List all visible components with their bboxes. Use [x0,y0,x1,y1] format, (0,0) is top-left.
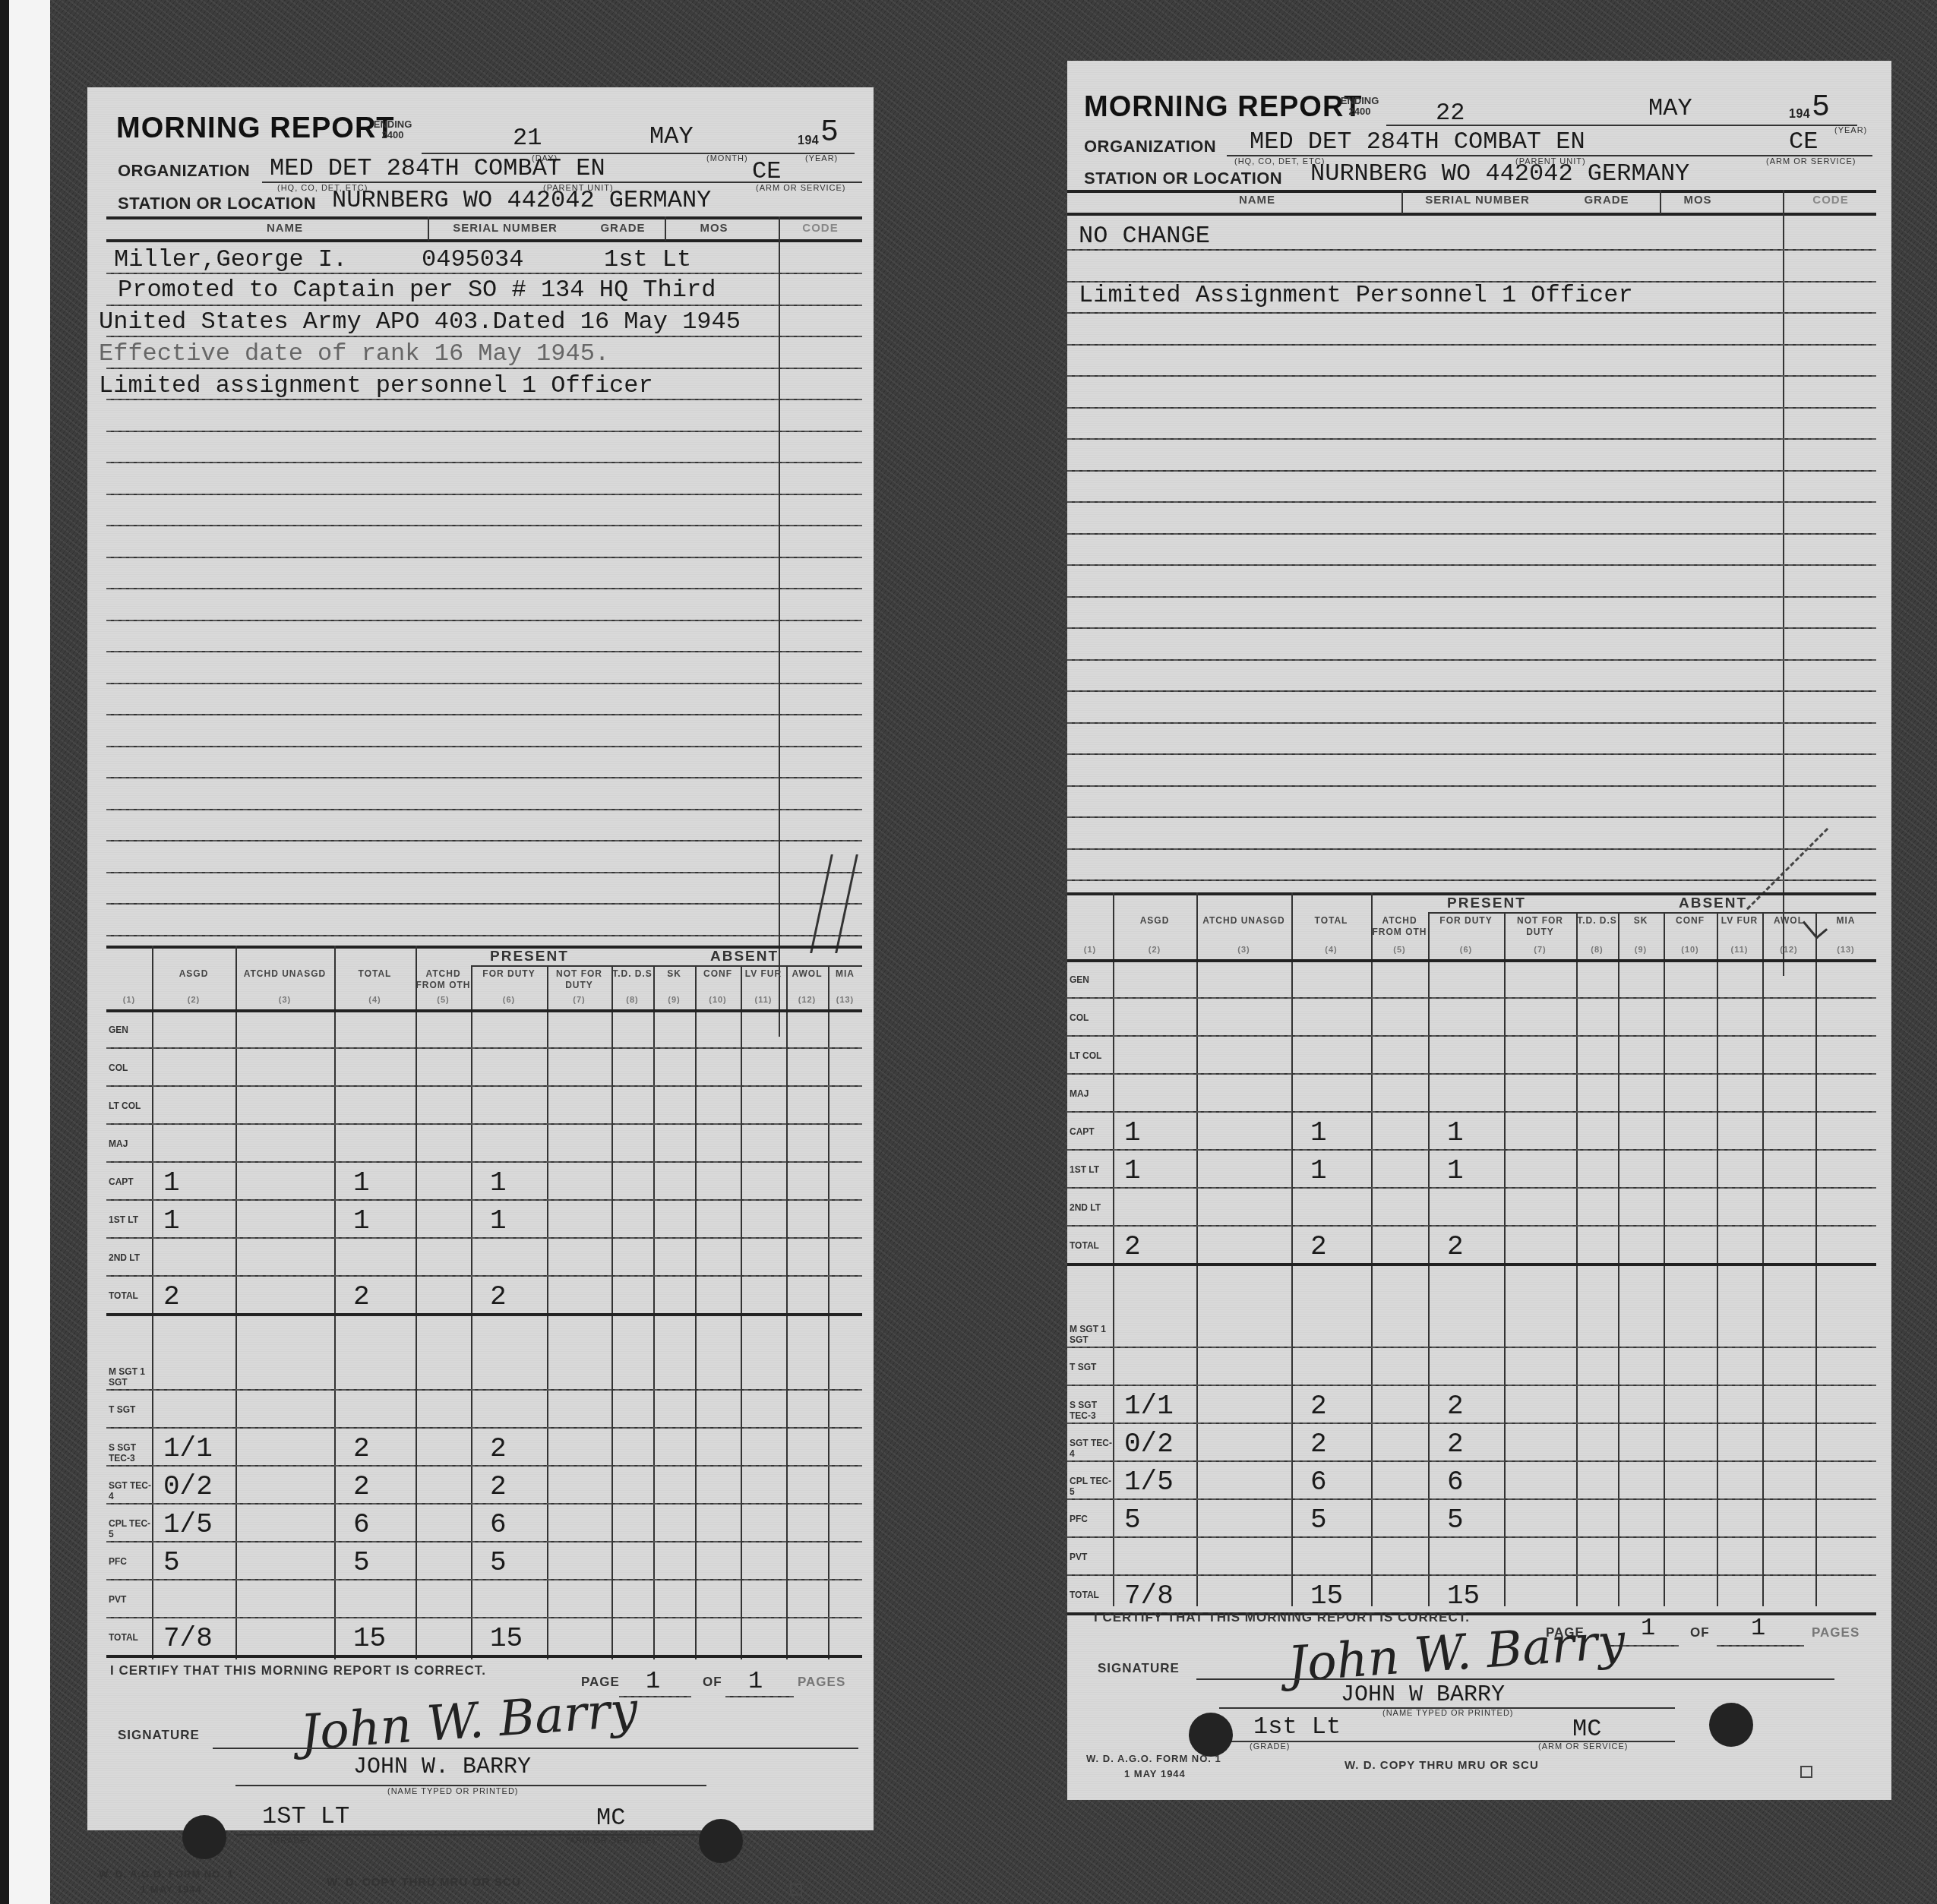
ruled-line [106,431,862,432]
row-rule [1067,1111,1876,1113]
column-header-rule [106,239,862,242]
group-absent: ABSENT [1679,895,1747,912]
group-rule [1428,912,1576,914]
row-rule [1067,1536,1876,1538]
col-header: CONF [695,968,741,980]
entry-line: Promoted to Captain per SO # 134 HQ Thir… [118,276,716,304]
col-header: MIA [1815,915,1876,927]
row-rule [1067,1385,1876,1386]
for-duty-value: 6 [490,1509,507,1540]
ruled-line [106,494,862,495]
total-value: 6 [1310,1467,1327,1498]
grade-label: MAJ [1070,1088,1112,1099]
organization-line [1227,155,1872,156]
station-label: STATION OR LOCATION [118,194,316,213]
row-rule [1067,1347,1876,1348]
grade-label: CPL TEC-5 [109,1518,151,1539]
ruled-line [106,462,862,463]
grade-label: PVT [1070,1552,1112,1562]
col-divider [471,965,472,1659]
col-header: ATCHD FROM OTH [1371,915,1428,938]
entry-line: NO CHANGE [1079,222,1210,250]
ruled-line [106,525,862,526]
col-number: (13) [1815,944,1876,957]
ruled-line [106,651,862,652]
grade-value: 1ST LT [262,1802,349,1830]
col-number: (2) [152,994,235,1007]
total-value: 1 [1310,1155,1327,1186]
grade-caption: (GRADE) [270,1836,310,1846]
total-value: 5 [1310,1505,1327,1536]
for-duty-value: 2 [490,1471,507,1502]
signature-line [1196,1678,1834,1680]
group-rule [611,965,862,967]
col-header: ATCHD FROM OTH [416,968,471,991]
for-duty-value: 1 [490,1167,507,1198]
grade-line [235,1834,706,1836]
asgd-value: 1/1 [1124,1391,1174,1422]
grade-label: TOTAL [109,1632,151,1643]
grade-label: MAJ [109,1138,151,1149]
for-duty-value: 2 [1447,1391,1464,1422]
grade-label: M SGT 1 SGT [1070,1324,1112,1345]
morning-report-form-may-21: MORNING REPORT ENDING 2400 21 MAY 194 5 … [87,87,874,1830]
grade-label: 1ST LT [1070,1164,1112,1175]
col-number: (6) [1428,944,1504,957]
ruled-line [1067,470,1876,472]
col-header: SK [1618,915,1664,927]
row-rule [106,1085,862,1087]
col-header: LV FUR [1717,915,1762,927]
signature: John W. Barry [299,1682,640,1762]
grade-label: LT COL [1070,1050,1112,1061]
total-value: 2 [1310,1391,1327,1422]
row-rule [106,1237,862,1239]
for-duty-value: 1 [1447,1117,1464,1148]
col-header: ASGD [1113,915,1196,927]
typed-name: JOHN W. BARRY [353,1754,531,1780]
col-number: (1) [1067,944,1113,957]
station-label: STATION OR LOCATION [1084,169,1282,188]
col-divider [428,216,429,241]
for-duty-value: 1 [490,1205,507,1236]
for-duty-value: 5 [490,1547,507,1578]
col-divider [1618,912,1619,1606]
grade-label: M SGT 1 SGT [109,1366,151,1388]
col-divider [1504,912,1506,1606]
grade-label: GEN [109,1025,151,1035]
col-name: NAME [247,222,323,235]
ruled-line [1067,533,1876,535]
report-day: 22 [1436,99,1465,127]
row-rule [106,1123,862,1125]
entry-name: Miller,George I. [114,245,347,273]
ruled-line [106,935,862,936]
header-bottom-rule [1067,959,1876,962]
row-rule [106,1427,862,1429]
scan-edge-dark [0,0,9,1904]
ruled-line [106,305,862,306]
header-bottom-rule [106,1009,862,1012]
row-rule [1067,1574,1876,1576]
typed-name-line [235,1785,706,1786]
col-divider [611,965,613,1659]
grade-caption: (GRADE) [1250,1742,1290,1751]
entry-line: Limited Assignment Personnel 1 Officer [1079,281,1633,309]
check-mark-stroke [1746,828,1828,910]
ruled-line [1067,312,1876,314]
date-line [1386,125,1857,126]
col-divider [235,946,237,1659]
col-header: TOTAL [1291,915,1371,927]
row-rule [1067,1263,1876,1266]
col-header: TOTAL [334,968,416,980]
typed-name-caption: (NAME TYPED OR PRINTED) [387,1787,519,1796]
year-prefix: 194 [1789,108,1810,122]
arm-caption: (ARM OR SERVICE) [756,184,845,193]
organization-label: ORGANIZATION [118,161,250,181]
group-rule [1576,912,1876,914]
col-code: CODE [786,222,855,235]
of-label: OF [703,1675,722,1690]
report-month: MAY [1648,94,1692,122]
page-number: 1 [646,1667,660,1695]
col-number: (5) [1371,944,1428,957]
grade-label: GEN [1070,974,1112,985]
copy-note: W. D. COPY THRU MRU OR SCU [1345,1759,1539,1772]
col-header: FOR DUTY [1428,915,1504,927]
col-number: (13) [828,994,862,1007]
arm-caption: (ARM OR SERVICE) [1538,1742,1628,1751]
station-value: NURNBERG WO 442042 GERMANY [1310,159,1689,188]
ruled-line [1067,659,1876,661]
total-value: 5 [353,1547,370,1578]
ending-label: ENDING 2400 [1337,96,1382,117]
row-rule [106,1161,862,1163]
page-number: 1 [1641,1614,1655,1642]
for-duty-value: 5 [1447,1505,1464,1536]
row-rule [1067,1149,1876,1151]
row-rule [1067,1073,1876,1075]
total-value: 2 [353,1281,370,1312]
code-col-divider [1783,190,1784,976]
col-divider [1576,912,1578,1606]
total-value: 15 [353,1623,386,1654]
ruled-line [106,777,862,778]
col-divider [653,965,655,1659]
row-rule [106,1199,862,1201]
row-rule [1067,1225,1876,1227]
col-number: (7) [547,994,611,1007]
grade-label: SGT TEC-4 [1070,1438,1112,1459]
punch-hole-right [699,1819,743,1863]
form-number: W. D. A.G.O. FORM NO. 1 [1086,1753,1221,1764]
grade-value: 1st Lt [1253,1713,1341,1741]
grade-label: PVT [109,1594,151,1605]
col-number: (10) [695,994,741,1007]
corner-box [790,1883,802,1896]
col-divider [1762,912,1764,1606]
pages-label: PAGES [798,1675,845,1690]
for-duty-value: 2 [1447,1429,1464,1460]
col-divider [547,965,548,1659]
col-divider [741,965,742,1659]
total-value: 15 [1310,1580,1343,1612]
col-number: (8) [1576,944,1618,957]
asgd-value: 1 [1124,1155,1141,1186]
col-number: (3) [1196,944,1291,957]
organization-value: MED DET 284TH COMBAT EN [1250,128,1585,156]
arm-caption: (ARM OR SERVICE) [566,1836,656,1846]
arm-value: MC [1572,1715,1601,1743]
col-header: NOT FOR DUTY [547,968,611,991]
col-code: CODE [1796,194,1865,207]
col-number: (9) [1618,944,1664,957]
col-header: CONF [1664,915,1717,927]
row-rule [1067,1460,1876,1462]
ruled-line [1067,785,1876,787]
asgd-value: 2 [1124,1231,1141,1262]
header-rule [106,216,862,219]
col-number: (11) [741,994,786,1007]
col-divider [1401,190,1403,214]
for-duty-value: 15 [490,1623,523,1654]
copy-note: W. D. COPY THRU MRU OR SCU [327,1876,521,1889]
year-digit: 5 [1812,91,1830,125]
typed-name-caption: (NAME TYPED OR PRINTED) [1382,1709,1514,1718]
morning-report-form-may-22: MORNING REPORT ENDING 2400 22 MAY 194 5 … [1067,61,1891,1800]
col-header: ATCHD UNASGD [235,968,334,980]
col-number: (7) [1504,944,1576,957]
total-value: 1 [1310,1117,1327,1148]
row-rule [106,1579,862,1580]
punch-hole-right [1709,1703,1753,1747]
asgd-value: 1 [163,1205,180,1236]
asgd-value: 0/2 [163,1471,213,1502]
ruled-line [1067,879,1876,881]
col-number: (9) [653,994,695,1007]
pages-line [1717,1645,1804,1647]
ruled-line [106,683,862,684]
entry-line: Effective date of rank 16 May 1945. [99,339,609,368]
ruled-line [1067,722,1876,724]
corner-box [1800,1766,1812,1778]
grade-label: PFC [109,1556,151,1567]
col-header: T.D. D.S [611,968,653,980]
signature-label: SIGNATURE [118,1728,200,1743]
grade-label: COL [109,1063,151,1073]
year-digit: 5 [820,116,839,150]
col-mos: MOS [1664,194,1732,207]
punch-hole-left [1189,1713,1233,1757]
col-number: (10) [1664,944,1717,957]
col-divider [828,965,829,1659]
of-label: OF [1690,1625,1710,1640]
asgd-value: 7/8 [1124,1580,1174,1612]
signature-label: SIGNATURE [1098,1661,1180,1676]
col-divider [1815,912,1817,1606]
ruled-line [1067,564,1876,566]
ruled-line [106,336,862,337]
grade-label: TOTAL [109,1290,151,1301]
total-value: 2 [1310,1231,1327,1262]
ruled-line [1067,753,1876,755]
entry-line: Limited assignment personnel 1 Officer [99,371,653,399]
grade-label: T SGT [1070,1362,1112,1372]
col-grade: GRADE [1572,194,1641,207]
for-duty-value: 2 [490,1433,507,1464]
row-rule [106,1389,862,1391]
group-present: PRESENT [1447,895,1526,912]
grade-label: S SGT TEC-3 [1070,1400,1112,1421]
for-duty-value: 15 [1447,1580,1480,1612]
col-divider [786,965,788,1659]
form-date: 1 MAY 1944 [1124,1768,1186,1779]
row-rule [106,1503,862,1505]
ruled-line [106,714,862,715]
col-number: (6) [471,994,547,1007]
total-value: 6 [353,1509,370,1540]
form-number: W. D. A.G.O. FORM NO. 1 [99,1868,234,1880]
for-duty-value: 2 [1447,1231,1464,1262]
month-caption: (MONTH) [706,154,748,163]
col-name: NAME [1219,194,1295,207]
col-number: (1) [106,994,152,1007]
asgd-value: 7/8 [163,1623,213,1654]
report-month: MAY [649,122,694,150]
certify-statement: I CERTIFY THAT THIS MORNING REPORT IS CO… [1094,1610,1470,1625]
ruled-line [1067,344,1876,346]
col-divider [665,216,666,241]
grade-label: CPL TEC-5 [1070,1476,1112,1497]
row-rule [1067,1035,1876,1037]
col-header: LV FUR [741,968,786,980]
asgd-value: 1 [163,1167,180,1198]
ruled-line [106,557,862,558]
pages-label: PAGES [1812,1625,1860,1640]
row-rule [106,1047,862,1049]
asgd-value: 1 [1124,1117,1141,1148]
col-header: FOR DUTY [471,968,547,980]
col-number: (4) [334,994,416,1007]
grade-label: COL [1070,1012,1112,1023]
certify-statement: I CERTIFY THAT THIS MORNING REPORT IS CO… [110,1663,486,1678]
page-count: 1 [748,1667,763,1695]
ruled-line [106,746,862,747]
col-divider [152,946,153,1659]
entry-grade: 1st Lt [604,245,691,273]
grade-label: 2ND LT [1070,1202,1112,1213]
col-header: ATCHD UNASGD [1196,915,1291,927]
total-value: 1 [353,1167,370,1198]
col-header: SK [653,968,695,980]
grade-label: LT COL [109,1100,151,1111]
row-rule [106,1465,862,1467]
col-divider [1717,912,1718,1606]
ruled-line [1067,407,1876,409]
total-value: 2 [1310,1429,1327,1460]
col-number: (5) [416,994,471,1007]
col-grade: GRADE [589,222,657,235]
col-divider [695,965,697,1659]
year-caption: (YEAR) [1834,126,1867,135]
col-number: (3) [235,994,334,1007]
col-divider [334,946,336,1659]
signature: John W. Barry [1286,1614,1627,1694]
col-divider [416,946,417,1659]
grade-label: PFC [1070,1514,1112,1524]
organization-label: ORGANIZATION [1084,137,1216,156]
ruled-line [1067,848,1876,850]
report-day: 21 [513,124,542,152]
ruled-line [106,809,862,810]
grade-label: CAPT [1070,1126,1112,1137]
grade-label: 2ND LT [109,1252,151,1263]
asgd-value: 5 [1124,1505,1141,1536]
for-duty-value: 2 [490,1281,507,1312]
row-rule [1067,1422,1876,1424]
col-serial-number: SERIAL NUMBER [437,222,574,235]
row-rule [1067,1187,1876,1189]
for-duty-value: 6 [1447,1467,1464,1498]
col-number: (2) [1113,944,1196,957]
organization-value: MED DET 284TH COMBAT EN [270,154,605,182]
station-value: NURNBERG WO 442042 GERMANY [332,186,711,214]
ruled-line [106,903,862,905]
arm-value: MC [596,1804,625,1832]
for-duty-value: 1 [1447,1155,1464,1186]
col-header: NOT FOR DUTY [1504,915,1576,938]
row-rule [106,1655,862,1658]
asgd-value: 1/5 [1124,1467,1174,1498]
ruled-line [1067,596,1876,598]
row-rule [1067,997,1876,999]
arm-service-value: CE [1789,128,1818,156]
col-header: ASGD [152,968,235,980]
page-count: 1 [1751,1614,1765,1642]
col-header: MIA [828,968,862,980]
col-mos: MOS [680,222,748,235]
col-number: (11) [1717,944,1762,957]
code-col-divider [779,216,780,1037]
col-divider [1660,190,1661,214]
asgd-value: 1/5 [163,1509,213,1540]
row-rule [106,1313,862,1316]
col-header: T.D. D.S [1576,915,1618,927]
ruled-line [1067,627,1876,629]
scan-edge-margin [9,0,50,1904]
year-prefix: 194 [798,134,819,148]
col-divider [1428,912,1430,1606]
ruled-line [106,840,862,841]
grade-label: SGT TEC-4 [109,1480,151,1501]
col-number: (12) [1762,944,1815,957]
ruled-line [106,588,862,589]
col-header: AWOL [786,968,828,980]
row-rule [106,1275,862,1277]
ruled-line [1067,438,1876,440]
grade-label: S SGT TEC-3 [109,1442,151,1464]
asgd-value: 0/2 [1124,1429,1174,1460]
header-rule [1067,190,1876,193]
asgd-value: 5 [163,1547,180,1578]
total-value: 2 [353,1433,370,1464]
ruled-line [1067,375,1876,377]
ending-label: ENDING 2400 [370,119,416,141]
col-number: (12) [786,994,828,1007]
row-rule [1067,1498,1876,1500]
group-absent: ABSENT [710,949,779,965]
